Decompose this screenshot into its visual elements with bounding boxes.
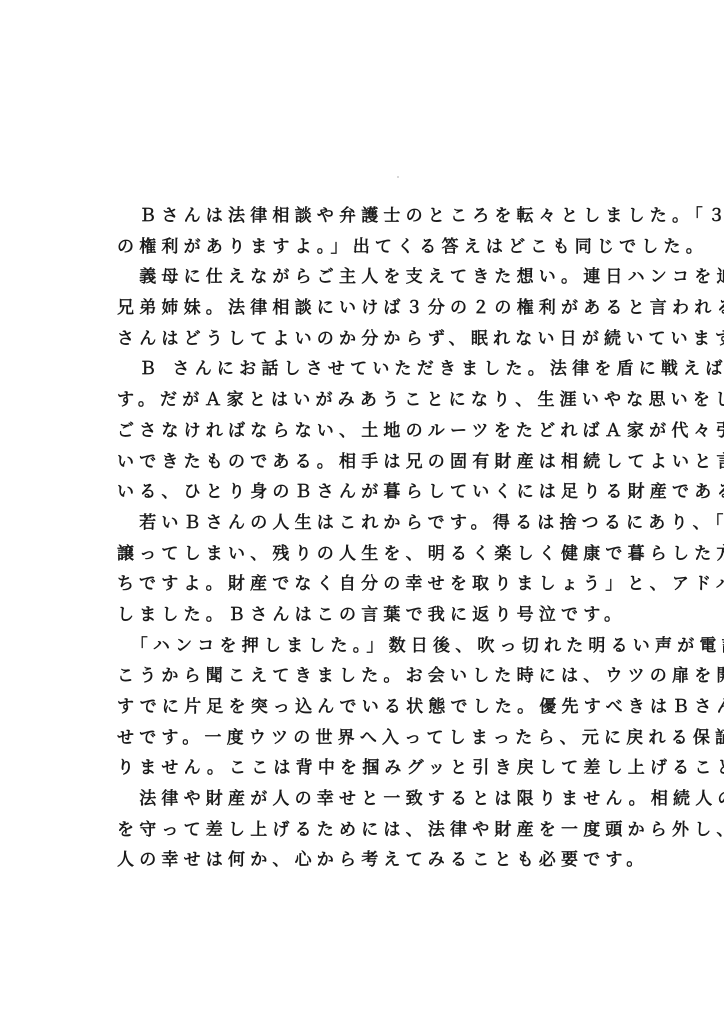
text-line: いできたものである。相手は兄の固有財産は相続してよいと言って [117,447,617,478]
text-line: 人の幸せは何か、心から考えてみることも必要です。 [117,845,617,876]
scan-speck [397,176,399,178]
text-line: す。だがＡ家とはいがみあうことになり、生涯いやな思いをし、過 [117,385,617,416]
text-line: 譲ってしまい、残りの人生を、明るく楽しく健康で暮らした方が勝 [117,539,617,570]
text-line: せです。一度ウツの世界へ入ってしまったら、元に戻れる保証はあ [117,723,617,754]
text-line: すでに片足を突っ込んでいる状態でした。優先すべきはＢさんの幸 [117,692,617,723]
text-line: こうから聞こえてきました。お会いした時には、ウツの扉を開け、 [117,661,617,692]
text-line: の権利がありますよ。」出てくる答えはどこも同じでした。 [117,232,617,263]
text-line: 法律や財産が人の幸せと一致するとは限りません。相続人の幸せ [117,784,617,815]
text-line: Ｂさんは法律相談や弁護士のところを転々としました。「３分の２ [117,201,617,232]
text-line: ちですよ。財産でなく自分の幸せを取りましょう」と、アドバイス [117,569,617,600]
text-line: いる、ひとり身のＢさんが暮らしていくには足りる財産である。 [117,477,617,508]
document-page: Ｂさんは法律相談や弁護士のところを転々としました。「３分の２ の権利がありますよ… [0,0,724,1024]
text-line: Ｂ さんにお話しさせていただきました。法律を盾に戦えば勝てま [117,354,617,385]
text-line: りません。ここは背中を掴みグッと引き戻して差し上げることです。 [117,753,617,784]
text-line: ごさなければならない、土地のルーツをたどればＡ家が代々引き継 [117,416,617,447]
text-line: さんはどうしてよいのか分からず、眠れない日が続いています。 [117,324,617,355]
text-line: 兄弟姉妹。法律相談にいけば３分の２の権利があると言われる。Ｂ [117,293,617,324]
text-line: 若いＢさんの人生はこれからです。得るは捨つるにあり、「ここは [117,508,617,539]
text-line: しました。Ｂさんはこの言葉で我に返り号泣です。 [117,600,617,631]
text-line: を守って差し上げるためには、法律や財産を一度頭から外し、その [117,815,617,846]
body-text: Ｂさんは法律相談や弁護士のところを転々としました。「３分の２ の権利がありますよ… [117,201,617,876]
text-line: 「ハンコを押しました。」数日後、吹っ切れた明るい声が電話の向 [117,631,617,662]
text-line: 義母に仕えながらご主人を支えてきた想い。連日ハンコを迫る義 [117,262,617,293]
